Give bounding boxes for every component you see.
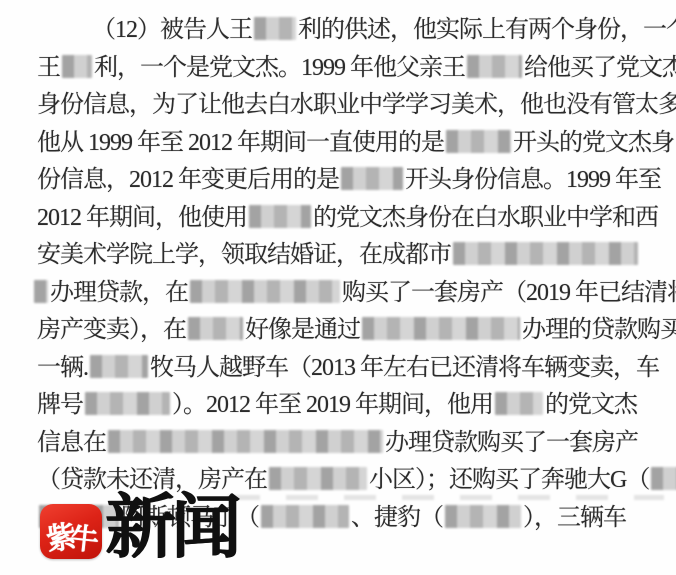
redaction-block [446, 130, 511, 153]
scan-artifact [228, 495, 664, 500]
ziniu-news-logo: 紫 牛 新闻 [40, 498, 237, 568]
redaction-block [62, 55, 92, 78]
text-line: 他从 1999 年至 2012 年期间一直使用的是开头的党文杰身 [37, 125, 669, 163]
redaction-block [362, 317, 520, 340]
redaction-block [445, 505, 521, 528]
redaction-block [269, 467, 367, 490]
redaction-block [254, 17, 296, 40]
text-segment: 好像是通过 [245, 317, 360, 343]
text-line: 信息在办理贷款购买了一套房产 [37, 425, 669, 463]
redaction-block [495, 392, 543, 415]
redaction-block [261, 505, 349, 528]
redaction-block [453, 242, 638, 265]
text-line: 房产变卖），在好像是通过办理的贷款购买了 [37, 312, 669, 350]
text-segment: 办理的贷款购买了 [522, 317, 676, 343]
text-line: 牌号）。2012 年至 2019 年期间，他用的党文杰 [37, 387, 669, 425]
text-segment: 房产变卖），在 [37, 317, 186, 343]
text-segment: ），三辆车 [523, 505, 626, 531]
redaction-block [651, 467, 676, 490]
logo-badge-char: 牛 [68, 516, 101, 560]
text-segment: 购买了一套房产（2019 年已结清将 [342, 280, 676, 306]
text-segment: （12）被告人王 [92, 17, 252, 43]
text-segment: 给他买了党文杰的 [524, 55, 676, 81]
redaction-block [108, 430, 383, 453]
redaction-block [467, 55, 522, 78]
text-segment: 他从 1999 年至 2012 年期间一直使用的是 [37, 130, 444, 156]
text-segment: 安美术学院上学，领取结婚证，在成都市 [37, 242, 451, 268]
redaction-block [249, 205, 311, 228]
text-segment: 一辆. [37, 355, 88, 381]
text-line: 一辆.牧马人越野车（2013 年左右已还清将车辆变卖，车 [37, 350, 669, 388]
scanned-document-page: （12）被告人王利的供述，他实际上有两个身份，一个是王利，一个是党文杰。1999… [0, 0, 676, 575]
text-segment: 份信息，2012 年变更后用的是 [37, 167, 339, 193]
text-segment: 利，一个是党文杰。1999 年他父亲王 [94, 55, 465, 81]
text-line: 身份信息，为了让他去白水职业中学学习美术，他也没有管太多。 [37, 87, 669, 125]
text-segment: 牧马人越野车（2013 年左右已还清将车辆变卖，车 [150, 355, 659, 381]
text-line: 安美术学院上学，领取结婚证，在成都市 [37, 237, 669, 275]
text-segment: 办理贷款，在 [50, 280, 188, 306]
text-line: 办理贷款，在购买了一套房产（2019 年已结清将 [32, 275, 669, 313]
ziniu-logo-badge-icon: 紫 牛 [40, 504, 102, 559]
redaction-block [190, 280, 340, 303]
text-segment: 牌号 [37, 392, 83, 418]
text-line: （12）被告人王利的供述，他实际上有两个身份，一个是 [37, 12, 669, 50]
text-segment: 利的供述，他实际上有两个身份，一个是 [298, 17, 676, 43]
text-segment: 的党文杰 [545, 392, 637, 418]
redaction-block [85, 392, 170, 415]
redaction-block [341, 167, 403, 190]
ziniu-wordmark: 新闻 [105, 490, 237, 568]
text-segment: 、捷豹（ [351, 505, 443, 531]
text-segment: 开头的党文杰身 [513, 130, 674, 156]
redaction-block [34, 280, 48, 303]
text-segment: ）。2012 年至 2019 年期间，他用 [172, 392, 493, 418]
text-segment: 身份信息，为了让他去白水职业中学学习美术，他也没有管太多。 [37, 92, 676, 118]
text-segment: 办理贷款购买了一套房产 [385, 430, 638, 456]
text-segment: 信息在 [37, 430, 106, 456]
redaction-block [90, 355, 148, 378]
text-segment: 2012 年期间，他使用 [37, 205, 247, 231]
text-segment: 的党文杰身份在白水职业中学和西 [313, 205, 658, 231]
text-line: 份信息，2012 年变更后用的是开头身份信息。1999 年至 [37, 162, 669, 200]
redaction-block [188, 317, 243, 340]
text-line: 2012 年期间，他使用的党文杰身份在白水职业中学和西 [37, 200, 669, 238]
text-segment: 小区）；还购买了奔驰大G（ [369, 467, 649, 493]
document-lines: （12）被告人王利的供述，他实际上有两个身份，一个是王利，一个是党文杰。1999… [37, 12, 669, 537]
text-segment: 开头身份信息。1999 年至 [405, 167, 661, 193]
text-line: 王利，一个是党文杰。1999 年他父亲王给他买了党文杰的 [37, 50, 669, 88]
text-segment: 王 [37, 55, 60, 81]
